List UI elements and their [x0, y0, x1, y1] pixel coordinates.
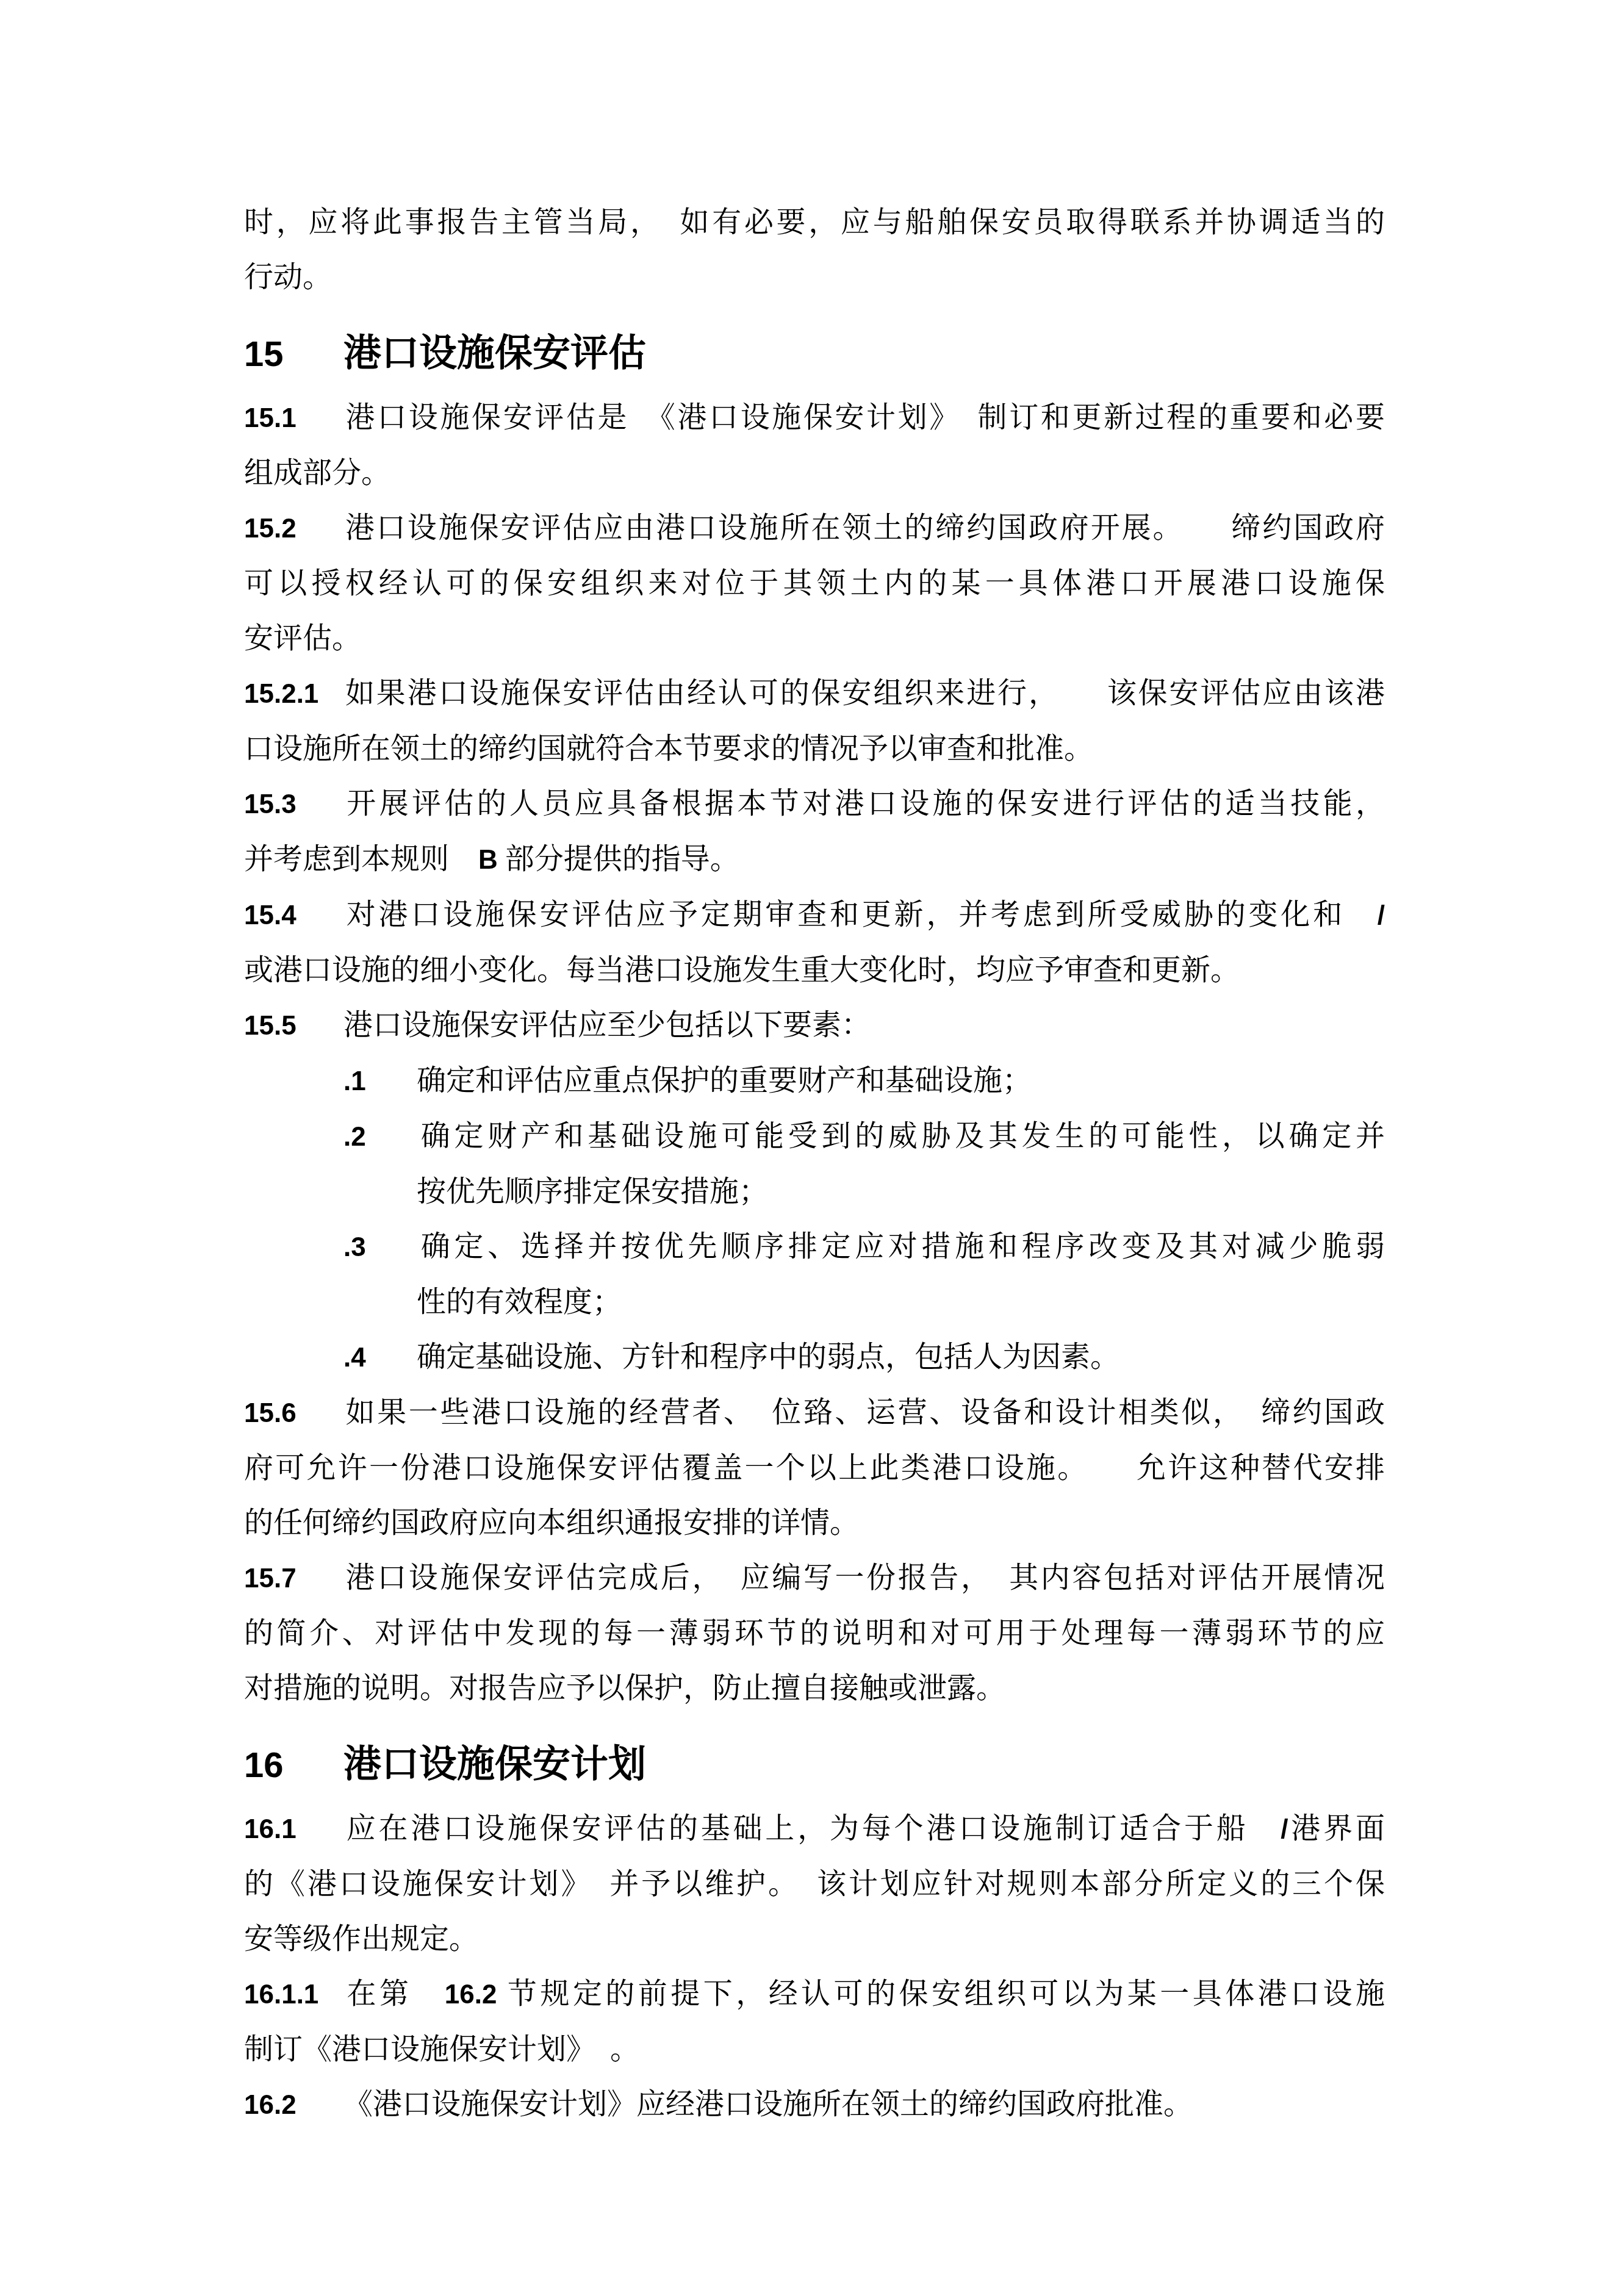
text-line: .4确定基础设施、方针和程序中的弱点，包括人为因素。	[343, 1330, 1385, 1385]
paragraph: 15.2港口设施保安评估应由港口设施所在领土的缔约国政府开展。 缔约国政府可以授…	[244, 501, 1385, 666]
item-number: 15.6	[244, 1386, 343, 1441]
text-line: 16.1.1在第 16.2 节规定的前提下，经认可的保安组织可以为某一具体港口设…	[244, 1967, 1385, 2022]
text-run: 可以授权经认可的保安组织来对位于其领土内的某一具体港口开展港口设施保	[244, 567, 1385, 600]
text-line: 口设施所在领土的缔约国就符合本节要求的情况予以审查和批准。	[244, 722, 1385, 777]
text-run: 港口设施保安评估是 《港口设施保安计划》 制订和更新过程的重要和必要	[343, 401, 1385, 434]
text-line: 时，应将此事报告主管当局， 如有必要，应与船舶保安员取得联系并协调适当的	[244, 195, 1385, 250]
paragraph: 15.5港口设施保安评估应至少包括以下要素：	[244, 998, 1385, 1054]
item-number: 15.4	[244, 888, 343, 943]
text-run: 的简介、对评估中发现的每一薄弱环节的说明和对可用于处理每一薄弱环节的应	[244, 1617, 1385, 1650]
text-run: 按优先顺序排定保安措施；	[417, 1176, 768, 1208]
text-run: 应在港口设施保安评估的基础上，为每个港口设施制订适合于船	[343, 1812, 1281, 1845]
text-line: .1确定和评估应重点保护的重要财产和基础设施；	[343, 1054, 1385, 1109]
item-number: .3	[343, 1220, 417, 1275]
text-run: 安评估。	[244, 622, 361, 655]
paragraph: 16.1应在港口设施保安评估的基础上，为每个港口设施制订适合于船 /港界面的《港…	[244, 1801, 1385, 1967]
text-run: 并考虑到本规则	[244, 843, 478, 875]
text-run: 如果一些港口设施的经营者、 位臵、运营、设备和设计相类似， 缔约国政	[343, 1396, 1385, 1429]
text-line: 16.1应在港口设施保安评估的基础上，为每个港口设施制订适合于船 /港界面	[244, 1801, 1385, 1857]
text-run: 行动。	[244, 261, 332, 293]
text-line: 15.7港口设施保安评估完成后， 应编写一份报告， 其内容包括对评估开展情况	[244, 1551, 1385, 1606]
document-body: 时，应将此事报告主管当局， 如有必要，应与船舶保安员取得联系并协调适当的行动。1…	[244, 195, 1385, 2133]
paragraph: 15.4对港口设施保安评估应予定期审查和更新，并考虑到所受威胁的变化和 /或港口…	[244, 888, 1385, 998]
heading-number: 15	[244, 325, 343, 383]
text-run: 《港口设施保安计划》应经港口设施所在领土的缔约国政府批准。	[343, 2088, 1193, 2121]
text-line: 15.1港口设施保安评估是 《港口设施保安计划》 制订和更新过程的重要和必要	[244, 390, 1385, 446]
text-run: 港口设施保安评估应由港口设施所在领土的缔约国政府开展。 缔约国政府	[343, 512, 1385, 544]
text-run: 确定基础设施、方针和程序中的弱点，包括人为因素。	[417, 1341, 1119, 1373]
paragraph: 15.7港口设施保安评估完成后， 应编写一份报告， 其内容包括对评估开展情况的简…	[244, 1551, 1385, 1716]
item-number: 15.3	[244, 777, 343, 832]
item-number: 15.1	[244, 391, 343, 446]
list-item: .4确定基础设施、方针和程序中的弱点，包括人为因素。	[343, 1330, 1385, 1385]
text-run: 的《港口设施保安计划》 并予以维护。 该计划应针对规则本部分所定义的三个保	[244, 1868, 1385, 1900]
text-run: 开展评估的人员应具备根据本节对港口设施的保安进行评估的适当技能，	[343, 788, 1385, 820]
text-run: 港口设施保安计划	[343, 1744, 646, 1786]
text-line: 安等级作出规定。	[244, 1912, 1385, 1967]
text-line: 的《港口设施保安计划》 并予以维护。 该计划应针对规则本部分所定义的三个保	[244, 1857, 1385, 1912]
text-line: .3确定、选择并按优先顺序排定应对措施和程序改变及其对减少脆弱	[343, 1219, 1385, 1275]
latin-text-run: /	[1281, 1814, 1288, 1844]
text-run: 港界面	[1288, 1812, 1385, 1845]
text-run: 节规定的前提下，经认可的保安组织可以为某一具体港口设施	[497, 1978, 1385, 2010]
text-line: .2确定财产和基础设施可能受到的威胁及其发生的可能性，以确定并	[343, 1109, 1385, 1165]
paragraph: 15.1港口设施保安评估是 《港口设施保安计划》 制订和更新过程的重要和必要组成…	[244, 390, 1385, 501]
text-run: 制订《港口设施保安计划》 。	[244, 2033, 639, 2066]
item-number: 15.2.1	[244, 667, 343, 722]
text-line: 的简介、对评估中发现的每一薄弱环节的说明和对可用于处理每一薄弱环节的应	[244, 1606, 1385, 1661]
text-run: 在第	[343, 1978, 445, 2010]
item-number: 16.1.1	[244, 1967, 343, 2022]
text-line: 16.2《港口设施保安计划》应经港口设施所在领土的缔约国政府批准。	[244, 2077, 1385, 2133]
text-line: 15.2.1如果港口设施保安评估由经认可的保安组织来进行， 该保安评估应由该港	[244, 666, 1385, 722]
text-run: 或港口设施的细小变化。每当港口设施发生重大变化时，均应予审查和更新。	[244, 954, 1240, 986]
item-number: 16.2	[244, 2078, 343, 2133]
paragraph: 时，应将此事报告主管当局， 如有必要，应与船舶保安员取得联系并协调适当的行动。	[244, 195, 1385, 305]
text-run: 确定和评估应重点保护的重要财产和基础设施；	[417, 1065, 1032, 1097]
text-line: 可以授权经认可的保安组织来对位于其领土内的某一具体港口开展港口设施保	[244, 556, 1385, 611]
text-run: 确定财产和基础设施可能受到的威胁及其发生的可能性，以确定并	[417, 1120, 1385, 1152]
text-run: 对港口设施保安评估应予定期审查和更新，并考虑到所受威胁的变化和	[343, 899, 1378, 931]
text-line: 15.5港口设施保安评估应至少包括以下要素：	[244, 998, 1385, 1054]
text-line: 府可允许一份港口设施保安评估覆盖一个以上此类港口设施。 允许这种替代安排	[244, 1441, 1385, 1496]
item-number: .4	[343, 1331, 417, 1385]
latin-text-run: /	[1378, 900, 1385, 930]
paragraph: 15.6如果一些港口设施的经营者、 位臵、运营、设备和设计相类似， 缔约国政府可…	[244, 1385, 1385, 1551]
text-line: 安评估。	[244, 611, 1385, 666]
text-line: 15.2港口设施保安评估应由港口设施所在领土的缔约国政府开展。 缔约国政府	[244, 501, 1385, 556]
section-heading: 15港口设施保安评估	[244, 325, 1385, 383]
text-line: 按优先顺序排定保安措施；	[343, 1165, 1385, 1219]
text-run: 组成部分。	[244, 457, 390, 489]
list-item: .3确定、选择并按优先顺序排定应对措施和程序改变及其对减少脆弱性的有效程度；	[343, 1219, 1385, 1330]
text-run: 时，应将此事报告主管当局， 如有必要，应与船舶保安员取得联系并协调适当的	[244, 206, 1385, 239]
paragraph: 15.3开展评估的人员应具备根据本节对港口设施的保安进行评估的适当技能，并考虑到…	[244, 777, 1385, 888]
text-run: 口设施所在领土的缔约国就符合本节要求的情况予以审查和批准。	[244, 733, 1093, 765]
text-run: 如果港口设施保安评估由经认可的保安组织来进行， 该保安评估应由该港	[343, 677, 1385, 709]
text-run: 确定、选择并按优先顺序排定应对措施和程序改变及其对减少脆弱	[417, 1230, 1385, 1263]
text-run: 府可允许一份港口设施保安评估覆盖一个以上此类港口设施。 允许这种替代安排	[244, 1452, 1385, 1484]
text-line: 15.6如果一些港口设施的经营者、 位臵、运营、设备和设计相类似， 缔约国政	[244, 1385, 1385, 1441]
text-line: 行动。	[244, 250, 1385, 305]
text-line: 的任何缔约国政府应向本组织通报安排的详情。	[244, 1496, 1385, 1551]
text-run: 部分提供的指导。	[498, 843, 739, 875]
item-number: 15.7	[244, 1551, 343, 1606]
latin-text-run: 16.2	[445, 1980, 497, 2009]
text-line: 或港口设施的细小变化。每当港口设施发生重大变化时，均应予审查和更新。	[244, 943, 1385, 998]
text-line: 组成部分。	[244, 446, 1385, 501]
item-number: .1	[343, 1054, 417, 1109]
heading-number: 16	[244, 1736, 343, 1794]
document-page: 时，应将此事报告主管当局， 如有必要，应与船舶保安员取得联系并协调适当的行动。1…	[0, 0, 1624, 2295]
text-line: 15.3开展评估的人员应具备根据本节对港口设施的保安进行评估的适当技能，	[244, 777, 1385, 832]
latin-text-run: B	[478, 845, 498, 875]
text-run: 对措施的说明。对报告应予以保护，防止擅自接触或泄露。	[244, 1672, 1005, 1704]
paragraph: 15.2.1如果港口设施保安评估由经认可的保安组织来进行， 该保安评估应由该港口…	[244, 666, 1385, 777]
item-number: 15.5	[244, 999, 343, 1054]
text-run: 港口设施保安评估应至少包括以下要素：	[343, 1009, 871, 1041]
text-run: 的任何缔约国政府应向本组织通报安排的详情。	[244, 1507, 859, 1539]
text-line: 16港口设施保安计划	[244, 1736, 1385, 1794]
item-number: 16.1	[244, 1802, 343, 1857]
paragraph: 16.2《港口设施保安计划》应经港口设施所在领土的缔约国政府批准。	[244, 2077, 1385, 2133]
text-run: 安等级作出规定。	[244, 1923, 478, 1955]
text-line: 15.4对港口设施保安评估应予定期审查和更新，并考虑到所受威胁的变化和 /	[244, 888, 1385, 943]
paragraph: 16.1.1在第 16.2 节规定的前提下，经认可的保安组织可以为某一具体港口设…	[244, 1967, 1385, 2077]
item-number: .2	[343, 1110, 417, 1165]
text-line: 15港口设施保安评估	[244, 325, 1385, 383]
list-item: .1确定和评估应重点保护的重要财产和基础设施；	[343, 1054, 1385, 1109]
text-run: 性的有效程度；	[417, 1286, 622, 1318]
text-line: 性的有效程度；	[343, 1275, 1385, 1330]
item-number: 15.2	[244, 501, 343, 556]
text-line: 制订《港口设施保安计划》 。	[244, 2022, 1385, 2077]
text-line: 并考虑到本规则 B 部分提供的指导。	[244, 832, 1385, 888]
text-line: 对措施的说明。对报告应予以保护，防止擅自接触或泄露。	[244, 1661, 1385, 1716]
section-heading: 16港口设施保安计划	[244, 1736, 1385, 1794]
list-item: .2确定财产和基础设施可能受到的威胁及其发生的可能性，以确定并按优先顺序排定保安…	[343, 1109, 1385, 1219]
text-run: 港口设施保安评估完成后， 应编写一份报告， 其内容包括对评估开展情况	[343, 1562, 1385, 1594]
text-run: 港口设施保安评估	[343, 333, 646, 375]
